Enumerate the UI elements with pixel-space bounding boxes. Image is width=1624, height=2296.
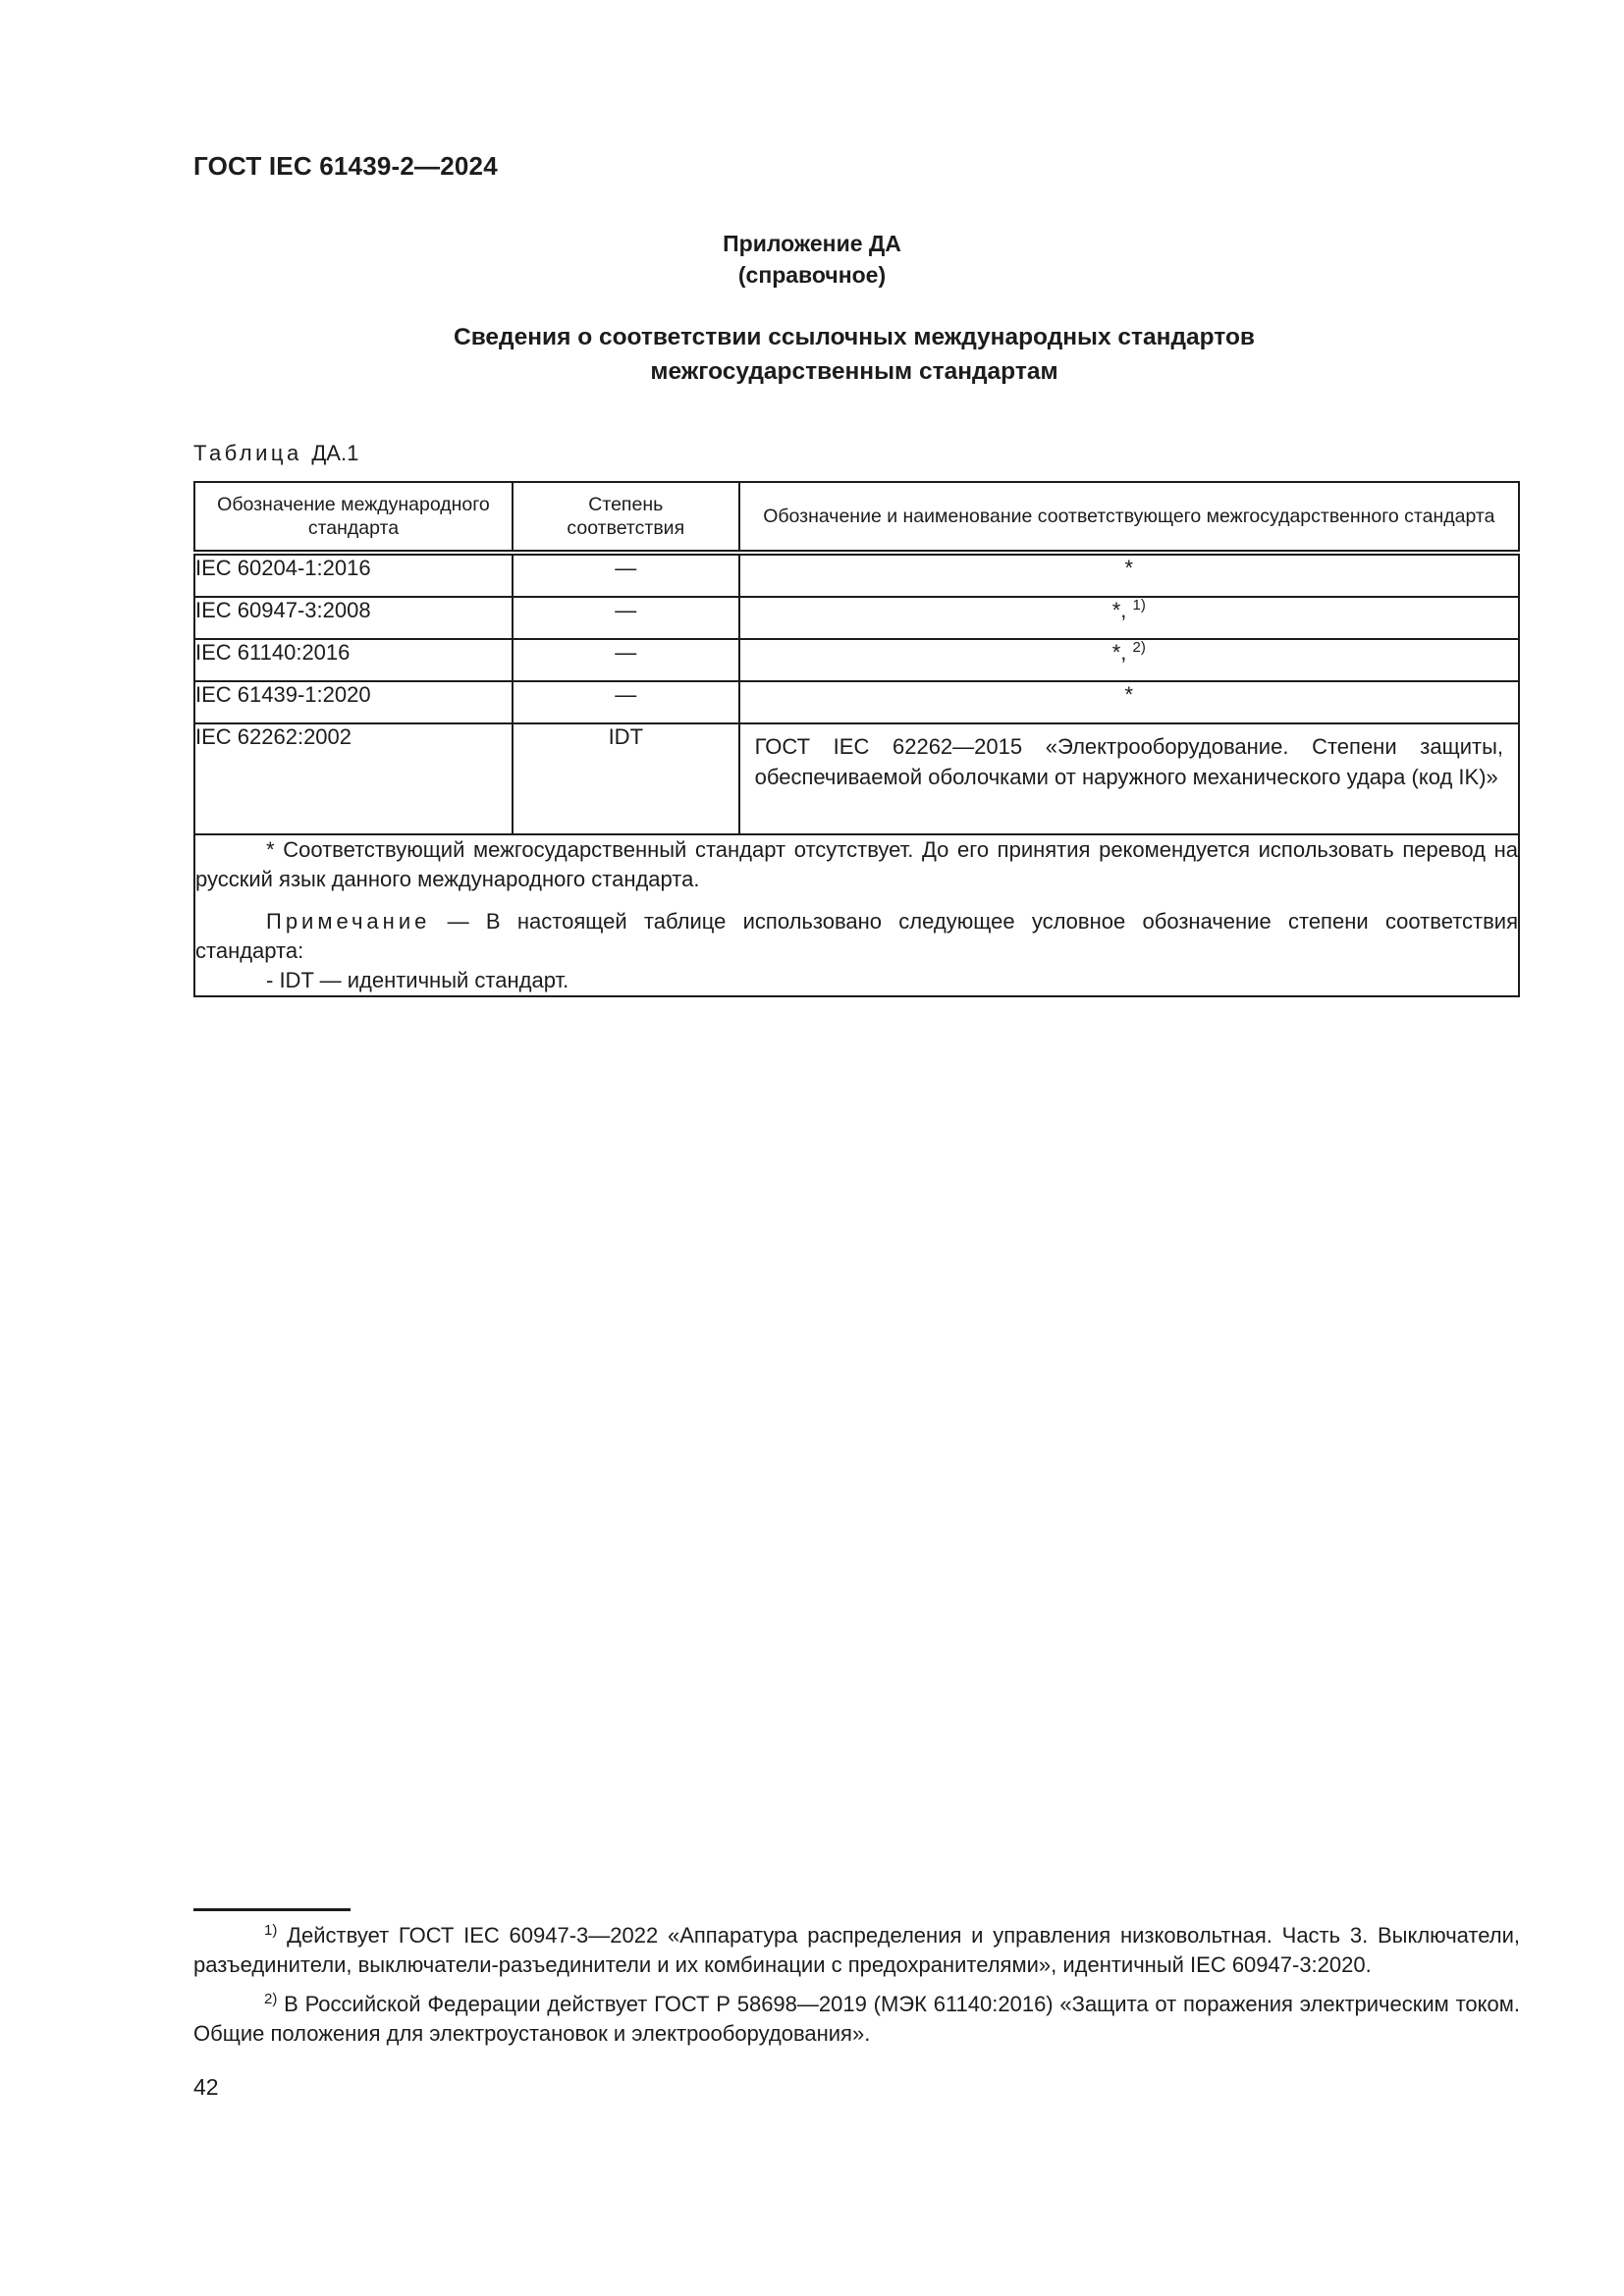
table-row: IEC 60204-1:2016 — * — [194, 553, 1519, 597]
cell-national: ГОСТ IEC 62262—2015 «Электрооборудование… — [739, 723, 1519, 834]
cell-degree: — — [513, 639, 739, 681]
national-value: * — [1125, 682, 1134, 707]
footnote-text: В Российской Федерации действует ГОСТ Р … — [193, 1992, 1520, 2046]
cell-national: *, 2) — [739, 639, 1519, 681]
header-degree: Степень соответствия — [513, 482, 739, 553]
cell-standard: IEC 61439-1:2020 — [194, 681, 513, 723]
section-title-line-1: Сведения о соответствии ссылочных междун… — [373, 320, 1335, 354]
table-header-row: Обозначение международного стандарта Сте… — [194, 482, 1519, 553]
cell-standard: IEC 62262:2002 — [194, 723, 513, 834]
table-row: IEC 61140:2016 — *, 2) — [194, 639, 1519, 681]
document-header: ГОСТ IEC 61439-2—2024 — [193, 151, 498, 182]
cell-degree: — — [513, 681, 739, 723]
table-caption-number: ДА.1 — [311, 441, 358, 465]
table-row: IEC 61439-1:2020 — * — [194, 681, 1519, 723]
header-national-standard: Обозначение и наименование соответствующ… — [739, 482, 1519, 553]
section-title: Сведения о соответствии ссылочных междун… — [373, 320, 1335, 389]
footnote-mark: 1) — [264, 1922, 277, 1939]
national-value: *, — [1112, 640, 1127, 665]
annex-title: Приложение ДА — [0, 228, 1624, 259]
footnote-text: Действует ГОСТ IEC 60947-3—2022 «Аппарат… — [193, 1923, 1520, 1977]
footnote-ref[interactable]: 2) — [1133, 639, 1146, 656]
national-value: *, — [1112, 598, 1127, 622]
table-note: Примечание — В настоящей таблице использ… — [195, 907, 1518, 966]
footnote-1: 1) Действует ГОСТ IEC 60947-3—2022 «Аппа… — [193, 1921, 1520, 1980]
footnote-mark: 2) — [264, 1991, 277, 2007]
cell-degree: — — [513, 553, 739, 597]
note-label: Примечание — [266, 909, 430, 934]
cell-standard: IEC 61140:2016 — [194, 639, 513, 681]
cell-standard: IEC 60947-3:2008 — [194, 597, 513, 639]
table-caption: Таблица ДА.1 — [193, 441, 358, 466]
cell-national: * — [739, 553, 1519, 597]
note-item-idt: - IDT — идентичный стандарт. — [195, 966, 1518, 995]
footnote-ref[interactable]: 1) — [1133, 597, 1146, 614]
cell-degree: — — [513, 597, 739, 639]
annex-kind: (справочное) — [0, 259, 1624, 291]
section-title-line-2: межгосударственным стандартам — [373, 354, 1335, 389]
national-value: * — [1125, 556, 1134, 580]
table-notes: * Соответствующий межгосударственный ста… — [194, 834, 1519, 996]
footnote-separator — [193, 1908, 351, 1911]
cell-national: * — [739, 681, 1519, 723]
header-international-standard: Обозначение международного стандарта — [194, 482, 513, 553]
footnote-2: 2) В Российской Федерации действует ГОСТ… — [193, 1990, 1520, 2049]
cell-national: *, 1) — [739, 597, 1519, 639]
page-number: 42 — [193, 2074, 219, 2101]
correspondence-table: Обозначение международного стандарта Сте… — [193, 481, 1520, 997]
table-row: IEC 62262:2002 IDT ГОСТ IEC 62262—2015 «… — [194, 723, 1519, 834]
table-notes-row: * Соответствующий межгосударственный ста… — [194, 834, 1519, 996]
cell-degree: IDT — [513, 723, 739, 834]
footnotes: 1) Действует ГОСТ IEC 60947-3—2022 «Аппа… — [193, 1921, 1520, 2049]
cell-standard: IEC 60204-1:2016 — [194, 553, 513, 597]
asterisk-note: * Соответствующий межгосударственный ста… — [195, 835, 1518, 894]
table-caption-word: Таблица — [193, 441, 302, 465]
table-row: IEC 60947-3:2008 — *, 1) — [194, 597, 1519, 639]
